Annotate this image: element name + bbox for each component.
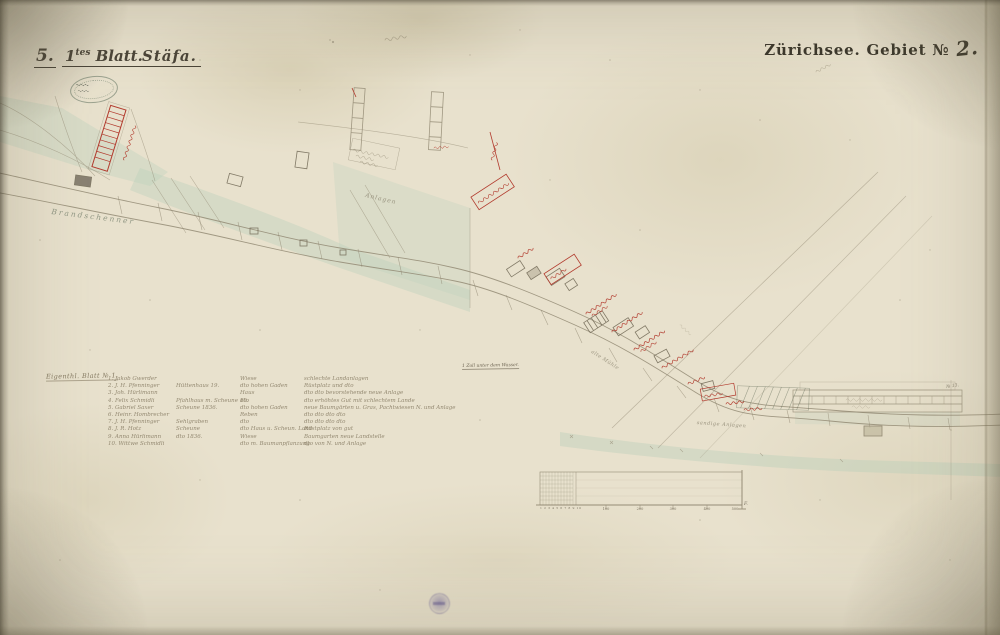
blatt-superscript: tes	[75, 48, 90, 58]
round-stamp	[429, 593, 450, 614]
paper-edge-shadow	[984, 0, 1000, 635]
table-row: 1. Jakob GwerderWieseschlechte Landanlag…	[108, 376, 468, 383]
table-row: 8. J. R. HotzScheunedto Haus u. Scheun. …	[108, 426, 468, 433]
map-label-water-note: 1 Zoll unter dem Wasser.	[462, 363, 519, 370]
table-row: 7. J. H. PfenningerSehlgrabendtodto dto …	[108, 419, 468, 426]
specks	[39, 29, 952, 590]
table-row: 9. Anna Hürlimanndto 1836.WieseBaumgarte…	[108, 434, 468, 441]
place-name: Stäfa.	[138, 47, 201, 67]
scale-tick-label: 200	[633, 507, 647, 511]
table-row: 2. J. H. PfenningerHüttenhaus 19.dto hoh…	[108, 383, 468, 390]
map-drawing	[0, 0, 1000, 635]
sheet-title: 1tes Blatt.	[62, 47, 146, 67]
round-stamp-bar	[433, 602, 445, 605]
owner-name: 8. J. R. Hotz	[108, 426, 141, 432]
jetty-structures	[348, 88, 443, 170]
owner-name: 6. Heinr. Hombrecher	[108, 412, 169, 418]
sheet-number: 5.	[34, 46, 56, 68]
owner-name: 5. Gabriel Saxer	[108, 405, 153, 411]
oval-stamp-inner	[73, 78, 115, 101]
scale-tick-label: 100	[599, 507, 613, 511]
scale-bar-drawing	[536, 470, 746, 509]
owner-name: 2. J. H. Pfenninger	[108, 383, 159, 389]
scanned-map-sheet: 5. 1tes Blatt. Stäfa. Zürichsee. Gebiet …	[0, 0, 1000, 635]
scale-tick-label: 500	[728, 507, 742, 511]
blatt-prefix: 1	[65, 47, 75, 65]
table-row: 5. Gabriel SaxerScheune 1836.dto hohen G…	[108, 405, 468, 412]
table-row: 3. Joh. HürlimannHausdto dto bevorstehen…	[108, 390, 468, 397]
jetty-label-scribble	[353, 149, 389, 167]
owner-name: 3. Joh. Hürlimann	[108, 390, 158, 396]
owner-name: 9. Anna Hürlimann	[108, 434, 161, 440]
table-row: 10. Wittwe Schmidlidto m. Baumanpflanzun…	[108, 441, 468, 448]
owner-name: 4. Felix Schmidli	[108, 398, 155, 404]
scale-unit-label: F.	[744, 502, 748, 507]
region-number: 2.	[954, 35, 979, 61]
owner-name: 10. Wittwe Schmidli	[108, 441, 164, 447]
scale-tick-label: 300	[666, 507, 680, 511]
owner-name: 7. J. H. Pfenninger	[108, 419, 159, 425]
hatched-block	[737, 386, 810, 410]
table-row: 4. Felix SchmidliPfahlhaus m. Scheune 10…	[108, 398, 468, 405]
scale-bar-minor-labels: 1 2 3 4 5 6 7 8 9 10	[540, 506, 582, 510]
owner-name: 1. Jakob Gwerder	[108, 376, 157, 382]
scale-tick-label: 400	[700, 507, 714, 511]
region-title: Zürichsee. Gebiet № 2.	[764, 36, 978, 60]
table-row: 6. Heinr. HombrecherRebendto dto dto dto	[108, 412, 468, 419]
blatt-word: Blatt.	[90, 47, 142, 65]
quay-structure	[793, 382, 962, 412]
region-title-text: Zürichsee. Gebiet №	[764, 41, 949, 59]
owners-table: 1. Jakob GwerderWieseschlechte Landanlag…	[108, 376, 468, 448]
